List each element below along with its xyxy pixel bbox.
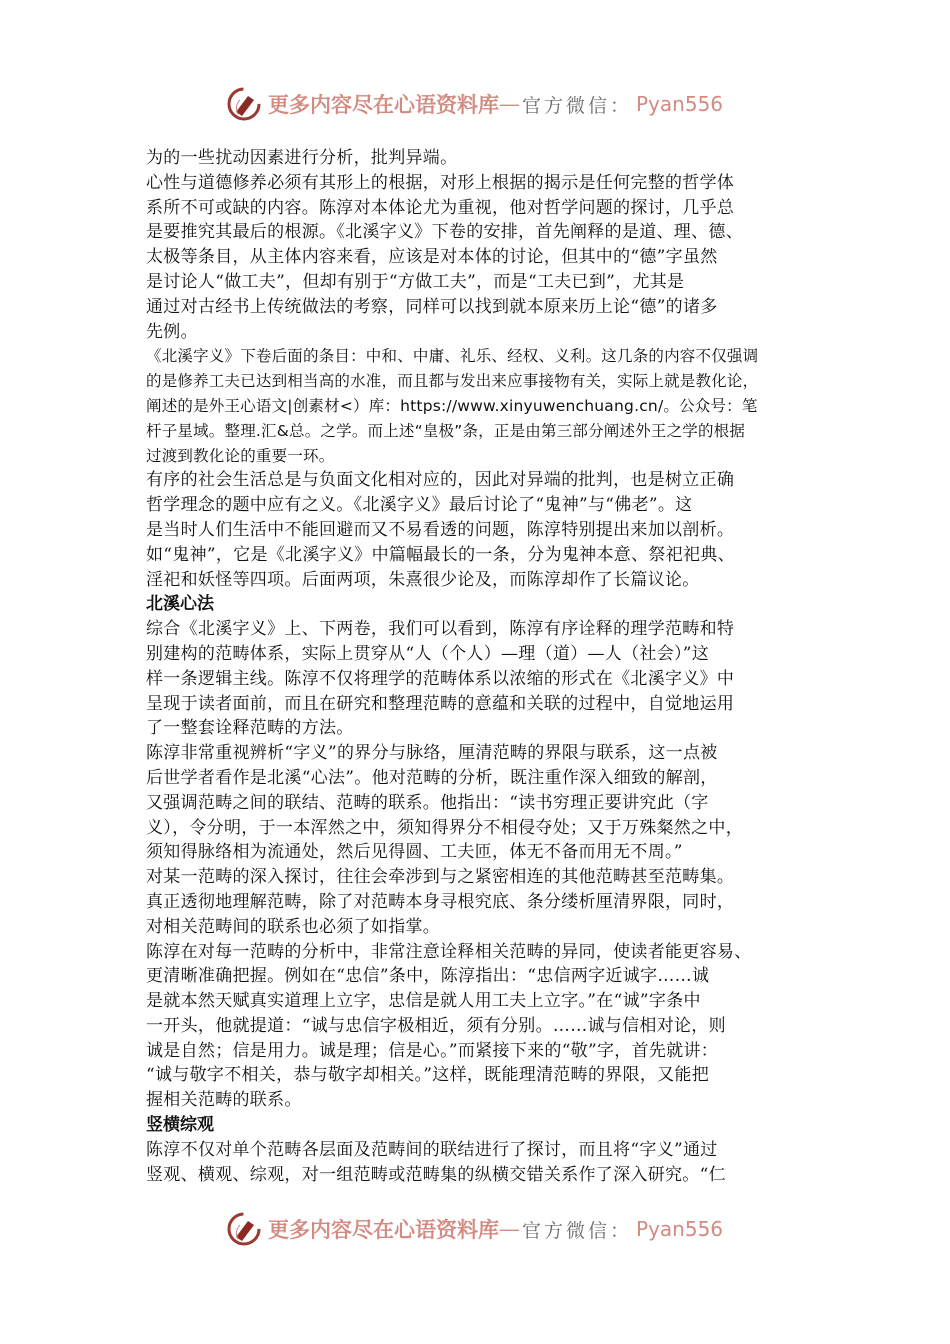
text-line: 是讨论人“做工夫”，但却有别于“方做工夫”，而是“工夫已到”，尤其是 (146, 270, 810, 295)
paragraph-4: 有序的社会生活总是与负面文化相对应的，因此对异端的批判，也是树立正确 哲学理念的… (146, 468, 810, 592)
banner-dash: — (499, 1217, 520, 1241)
banner-dash: — (499, 92, 520, 116)
header-watermark-banner: 更多内容尽在心语资料库 — 官方微信： Pyan556 (226, 84, 723, 124)
text-line: 哲学理念的题中应有之义。《北溪字义》最后讨论了“鬼神”与“佛老”。这 (146, 493, 810, 518)
paragraph-3: 《北溪字义》下卷后面的条目：中和、中庸、礼乐、经权、义利。这几条的内容不仅强调 … (146, 344, 810, 468)
text-line: 通过对古经书上传统做法的考察，同样可以找到就本原来历上论“德”的诸多 (146, 295, 810, 320)
paragraph-2: 心性与道德修养必须有其形上的根据，对形上根据的揭示是任何完整的哲学体 系所不可或… (146, 171, 810, 345)
paragraph-7: 对某一范畴的深入探讨，往往会牵涉到与之紧密相连的其他范畴甚至范畴集。 真正透彻地… (146, 865, 810, 939)
banner-main-text: 更多内容尽在心语资料库 (268, 89, 499, 119)
text-line: 对某一范畴的深入探讨，往往会牵涉到与之紧密相连的其他范畴甚至范畴集。 (146, 865, 810, 890)
text-line: 真正透彻地理解范畴，除了对范畴本身寻根究底、条分缕析厘清界限，同时， (146, 890, 810, 915)
text-line: 综合《北溪字义》上、下两卷，我们可以看到，陈淳有序诠释的理学范畴和特 (146, 617, 810, 642)
paragraph-8: 陈淳在对每一范畴的分析中，非常注意诠释相关范畴的异同，使读者能更容易、 更清晰准… (146, 940, 810, 1114)
text-line: 呈现于读者面前，而且在研究和整理范畴的意蕴和关联的过程中，自觉地运用 (146, 692, 810, 717)
text-line: 别建构的范畴体系，实际上贯穿从“人（个人）—理（道）—人（社会）”这 (146, 642, 810, 667)
paragraph-6: 陈淳非常重视辨析“字义”的界分与脉络，厘清范畴的界限与联系，这一点被 后世学者看… (146, 741, 810, 865)
text-line: 为的一些扰动因素进行分析，批判异端。 (146, 146, 810, 171)
banner-wechat-id: Pyan556 (636, 1217, 723, 1241)
text-line: 须知得脉络相为流通处，然后见得圆、工夫匝，体无不备而用无不周。” (146, 840, 810, 865)
document-body: 为的一些扰动因素进行分析，批判异端。 心性与道德修养必须有其形上的根据，对形上根… (146, 146, 810, 1187)
text-line: 心性与道德修养必须有其形上的根据，对形上根据的揭示是任何完整的哲学体 (146, 171, 810, 196)
text-line: 是当时人们生活中不能回避而又不易看透的问题，陈淳特别提出来加以剖析。 (146, 518, 810, 543)
text-line: 太极等条目，从主体内容来看，应该是对本体的讨论，但其中的“德”字虽然 (146, 245, 810, 270)
text-line: 竖观、横观、综观，对一组范畴或范畴集的纵横交错关系作了深入研究。“仁 (146, 1163, 810, 1188)
text-line: 先例。 (146, 320, 810, 345)
text-line: 了一整套诠释范畴的方法。 (146, 716, 810, 741)
text-line: 样一条逻辑主线。陈淳不仅将理学的范畴体系以浓缩的形式在《北溪字义》中 (146, 667, 810, 692)
text-line: 陈淳不仅对单个范畴各层面及范畴间的联结进行了探讨，而且将“字义”通过 (146, 1138, 810, 1163)
text-line: 又强调范畴之间的联结、范畴的联系。他指出：“读书穷理正要讲究此（字 (146, 791, 810, 816)
section-heading-shuheng-zongguan: 竖横综观 (146, 1113, 810, 1138)
text-line: 过渡到教化论的重要一环。 (146, 444, 810, 469)
section-heading-beixi-xinfa: 北溪心法 (146, 592, 810, 617)
text-line: “诚与敬字不相关，恭与敬字却相关。”这样，既能理清范畴的界限，又能把 (146, 1063, 810, 1088)
text-line: 系所不可或缺的内容。陈淳对本体论尤为重视，他对哲学问题的探讨，几乎总 (146, 196, 810, 221)
text-line: 后世学者看作是北溪“心法”。他对范畴的分析，既注重作深入细致的解剖， (146, 766, 810, 791)
text-line: 诚是自然；信是用力。诚是理；信是心。”而紧接下来的“敬”字，首先就讲： (146, 1039, 810, 1064)
text-line: 是就本然天赋真实道理上立字，忠信是就人用工夫上立字。”在“诚”字条中 (146, 989, 810, 1014)
text-line: 握相关范畴的联系。 (146, 1088, 810, 1113)
text-line: 的是修养工夫已达到相当高的水准，而且都与发出来应事接物有关，实际上就是教化论， (146, 369, 810, 394)
text-line: 淫祀和妖怪等四项。后面两项，朱熹很少论及，而陈淳却作了长篇议论。 (146, 568, 810, 593)
text-line: 陈淳在对每一范畴的分析中，非常注意诠释相关范畴的异同，使读者能更容易、 (146, 940, 810, 965)
text-line: 更清晰准确把握。例如在“忠信”条中，陈淳指出：“忠信两字近诚字……诚 (146, 964, 810, 989)
text-line: 义），令分明，于一本浑然之中，须知得界分不相侵夺处；又于万殊粲然之中， (146, 816, 810, 841)
banner-main-text: 更多内容尽在心语资料库 (268, 1214, 499, 1244)
text-line: 《北溪字义》下卷后面的条目：中和、中庸、礼乐、经权、义利。这几条的内容不仅强调 (146, 344, 810, 369)
pen-nib-circle-icon (226, 1211, 262, 1247)
text-line: 对相关范畴间的联系也必须了如指掌。 (146, 915, 810, 940)
banner-wechat-label: 官方微信： (522, 1216, 632, 1243)
paragraph-5: 综合《北溪字义》上、下两卷，我们可以看到，陈淳有序诠释的理学范畴和特 别建构的范… (146, 617, 810, 741)
text-line: 杆子星域。整理.汇&总。之学。而上述“皇极”条，正是由第三部分阐述外王之学的根据 (146, 419, 810, 444)
banner-wechat-id: Pyan556 (636, 92, 723, 116)
text-line: 是要推究其最后的根源。《北溪字义》下卷的安排，首先阐释的是道、理、德、 (146, 220, 810, 245)
footer-watermark-banner: 更多内容尽在心语资料库 — 官方微信： Pyan556 (226, 1209, 723, 1249)
banner-wechat-label: 官方微信： (522, 91, 632, 118)
text-line: 一开头，他就提道：“诚与忠信字极相近，须有分别。……诚与信相对论，则 (146, 1014, 810, 1039)
paragraph-1: 为的一些扰动因素进行分析，批判异端。 (146, 146, 810, 171)
pen-nib-circle-icon (226, 86, 262, 122)
text-line: 阐述的是外王心语文|创素材<）库：https://www.xinyuwenchu… (146, 394, 810, 419)
text-line: 陈淳非常重视辨析“字义”的界分与脉络，厘清范畴的界限与联系，这一点被 (146, 741, 810, 766)
paragraph-9: 陈淳不仅对单个范畴各层面及范畴间的联结进行了探讨，而且将“字义”通过 竖观、横观… (146, 1138, 810, 1188)
text-line: 如“鬼神”，它是《北溪字义》中篇幅最长的一条，分为鬼神本意、祭祀祀典、 (146, 543, 810, 568)
text-line: 有序的社会生活总是与负面文化相对应的，因此对异端的批判，也是树立正确 (146, 468, 810, 493)
